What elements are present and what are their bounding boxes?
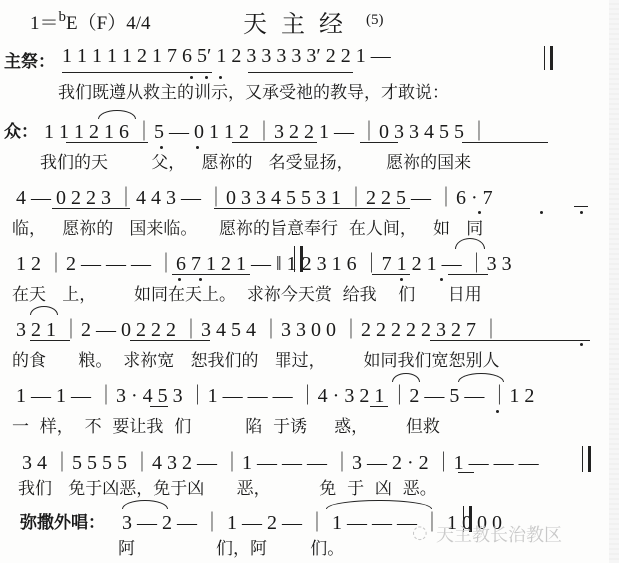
slur xyxy=(326,500,432,509)
lyrics-line-2: 我们的天 父， 愿祢的 名受显扬， 愿祢的国来 xyxy=(40,148,471,173)
slur xyxy=(458,373,504,382)
watermark-text: 天主教长治教区 xyxy=(436,521,562,547)
underline xyxy=(462,142,548,143)
slur xyxy=(455,238,485,249)
underline xyxy=(130,340,210,341)
underline xyxy=(458,472,474,473)
part-label-after-mass: 弥撒外唱： xyxy=(20,508,105,533)
notation-line-1: 1 1 1 1 1 2 1 7 6 5′ 1 2 3 3 3 3 3′ 2 2 … xyxy=(62,45,391,68)
lyrics-line-6: 一 样， 不 要让我 们 陷 于诱 惑， 但救 xyxy=(12,412,440,437)
lyrics-line-5: 的食 粮。 求祢宽 恕我们的 罪过， 如同我们宽恕别人 xyxy=(12,346,499,371)
slur xyxy=(30,306,58,315)
flat-sign: b xyxy=(59,9,67,25)
underline xyxy=(214,208,410,209)
scan-edge xyxy=(609,0,619,563)
double-barline xyxy=(294,246,303,272)
underline xyxy=(66,142,148,143)
low-octave-dot xyxy=(580,211,583,214)
notation-line-6: 1 — 1 — ｜3 · 4 5 3 ｜1 — — — ｜4 · 3 2 1 ｜… xyxy=(16,379,534,408)
low-octave-dot xyxy=(496,410,499,413)
underline xyxy=(360,142,398,143)
notation-line-3: 4 — 0 2 2 3 ｜4 4 3 — ｜0 3 3 4 5 5 3 1 ｜2… xyxy=(16,181,493,210)
slur xyxy=(98,110,136,119)
underline xyxy=(62,72,212,73)
key-prefix: 1＝ xyxy=(30,13,59,34)
underline xyxy=(372,274,410,275)
underline xyxy=(232,142,317,143)
lyrics-line-1: 我们既遵从救主的训示，又承受祂的教导，才敢说： xyxy=(58,78,449,103)
underline xyxy=(574,206,588,207)
underline xyxy=(448,274,488,275)
underline xyxy=(52,208,130,209)
page-title: 天主经 xyxy=(243,4,357,39)
lyrics-line-4: 在天 上， 如同在天上。 求祢今天赏 给我 们 日用 xyxy=(12,280,482,305)
underline xyxy=(150,406,168,407)
wechat-icon: ◌ xyxy=(412,522,428,543)
underline xyxy=(172,274,250,275)
part-label-priest: 主祭： xyxy=(4,47,55,72)
underline xyxy=(430,340,590,341)
low-octave-dot xyxy=(540,211,543,214)
notation-line-2: 1 1 1 2 1 6 ｜5 — 0 1 1 2 ｜3 2 2 1 — ｜0 3… xyxy=(44,115,489,144)
lyrics-line-3: 临， 愿祢的 国来临。 愿祢的旨意奉行 在人间， 如 同 xyxy=(12,214,483,239)
lyrics-line-7: 我们 免于凶恶，免于凶 恶， 免 于 凶 恶。 xyxy=(18,474,437,499)
notation-line-7: 3 4 ｜5 5 5 5 ｜4 3 2 — ｜1 — — — ｜3 — 2 · … xyxy=(22,446,539,475)
part-label-people: 众： xyxy=(4,117,38,142)
key-signature: 1＝bE（F）4/4 xyxy=(30,8,150,35)
title-number: (5) xyxy=(366,12,384,29)
underline xyxy=(370,406,388,407)
slur xyxy=(392,373,420,382)
underline xyxy=(248,72,353,73)
double-barline xyxy=(582,446,591,472)
lyrics-line-8: 阿 们，阿 们。 xyxy=(118,534,344,559)
notation-line-4: 1 2 ｜2 — — — ｜6 7 1 2 1 — ‖ 1 2 3 1 6 ｜7… xyxy=(16,247,512,276)
low-octave-dot xyxy=(580,343,583,346)
key-time: E（F）4/4 xyxy=(66,13,150,34)
notation-line-5: 3 2 1 ｜2 — 0 2 2 2 ｜3 4 5 4 ｜3 3 0 0 ｜2 … xyxy=(16,313,501,342)
slur xyxy=(122,500,168,509)
underline xyxy=(30,340,70,341)
double-barline xyxy=(544,46,553,70)
